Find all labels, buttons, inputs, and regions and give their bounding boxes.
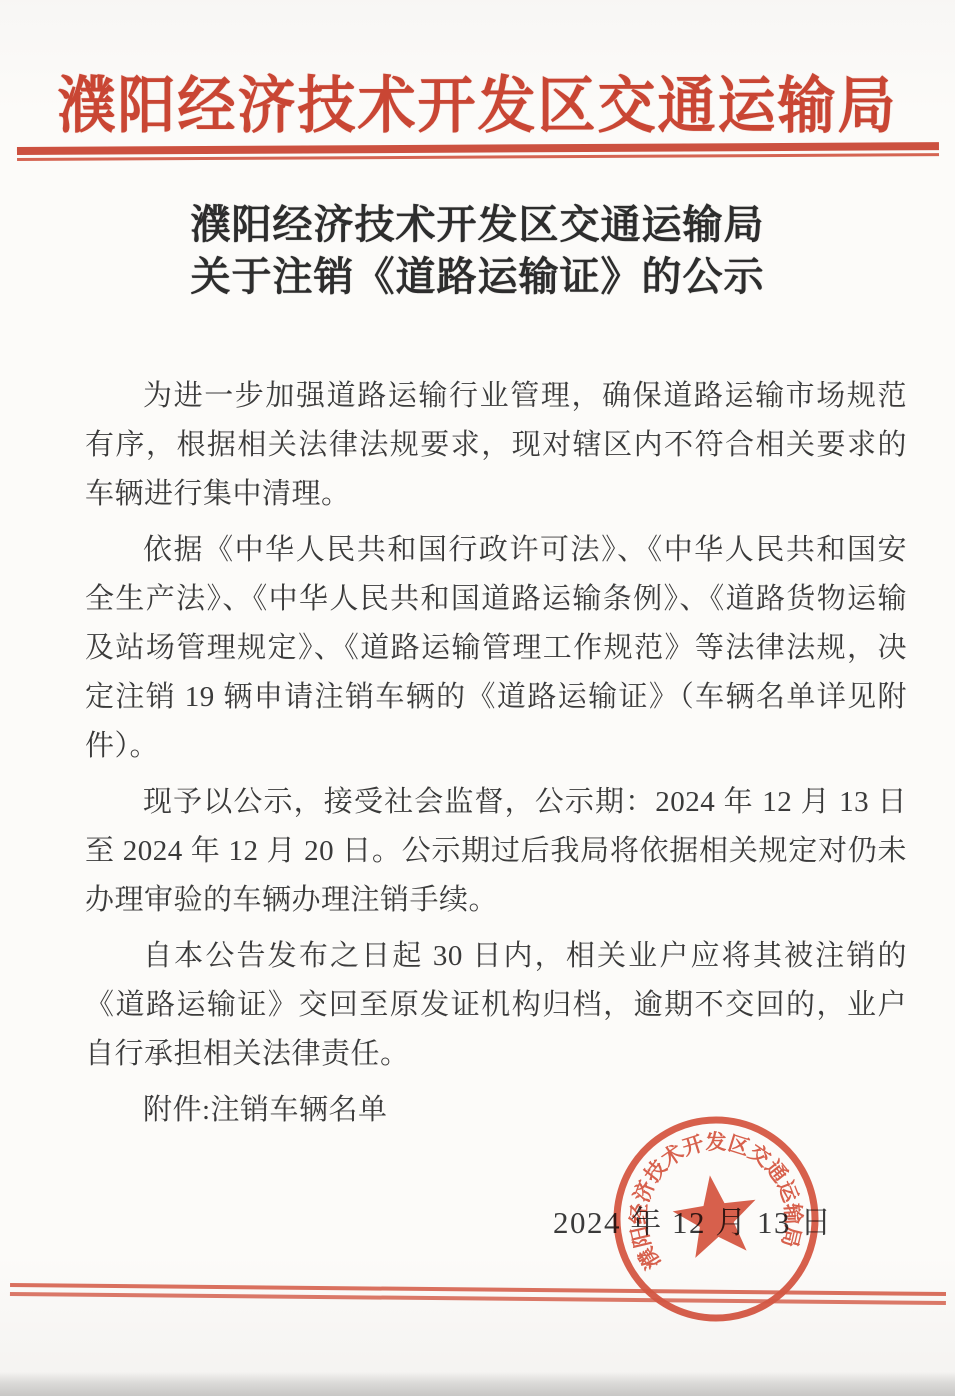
body-paragraph: 为进一步加强道路运输行业管理，确保道路运输市场规范有序，根据相关法律法规要求，现… [85, 372, 907, 519]
document-title: 濮阳经济技术开发区交通运输局 关于注销《道路运输证》的公示 [0, 199, 955, 303]
seal-star-icon [668, 1170, 762, 1260]
notice-document: 濮阳经济技术开发区交通运输局 濮阳经济技术开发区交通运输局 关于注销《道路运输证… [0, 0, 955, 1396]
letterhead-title: 濮阳经济技术开发区交通运输局 [0, 55, 955, 144]
body-paragraph: 自本公告发布之日起 30 日内，相关业户应将其被注销的《道路运输证》交回至原发证… [85, 932, 907, 1079]
letterhead-divider [17, 142, 939, 161]
official-seal: 濮阳经济技术开发区交通运输局 [584, 1087, 848, 1351]
body-paragraph: 依据《中华人民共和国行政许可法》、《中华人民共和国安全生产法》、《中华人民共和国… [85, 526, 907, 771]
body-paragraph: 现予以公示，接受社会监督，公示期：2024 年 12 月 13 日至 2024 … [85, 778, 907, 925]
document-title-line1: 濮阳经济技术开发区交通运输局 [0, 199, 955, 251]
notice-body: 为进一步加强道路运输行业管理，确保道路运输市场规范有序，根据相关法律法规要求，现… [85, 372, 907, 1142]
document-title-line2: 关于注销《道路运输证》的公示 [0, 251, 955, 303]
scan-bottom-edge [0, 1372, 955, 1396]
